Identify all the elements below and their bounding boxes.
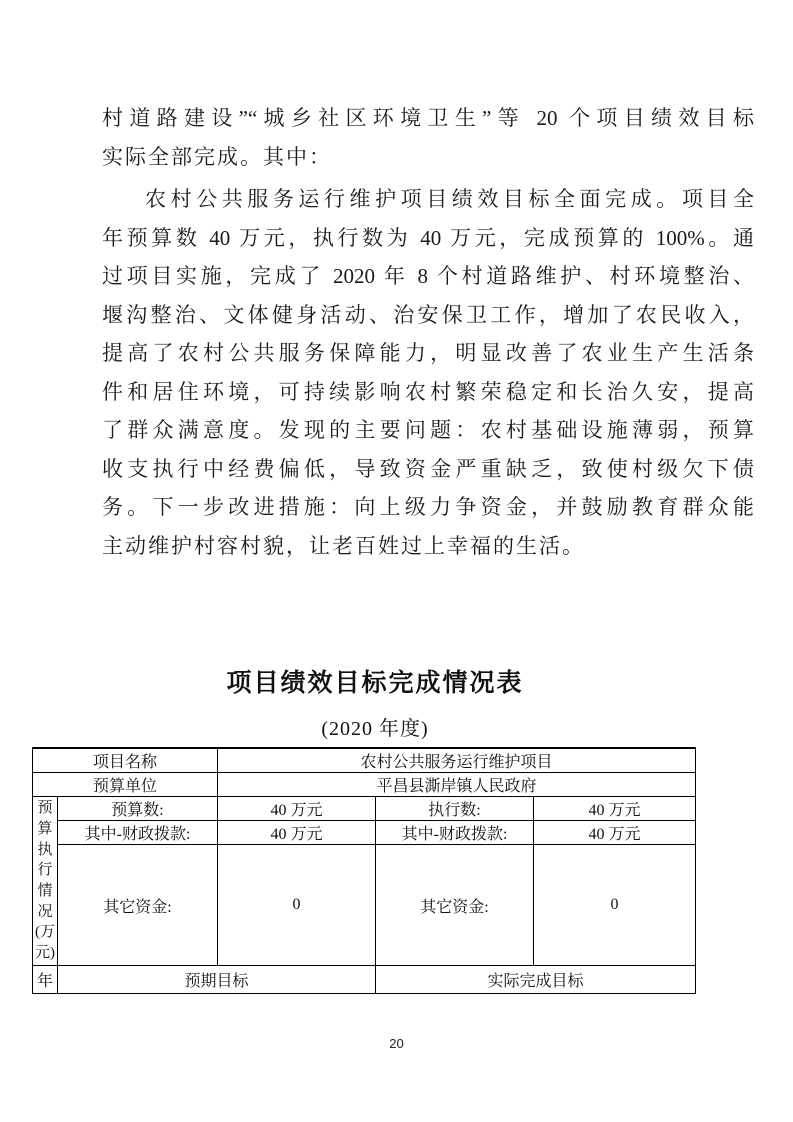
cell-project-name-label: 项目名称 xyxy=(33,748,218,773)
cell-other-funds-label-left: 其它资金: xyxy=(58,845,218,966)
cell-execution-amount-value: 40 万元 xyxy=(534,797,696,821)
body-text: 村道路建设”“城乡社区环境卫生”等 20 个项目绩效目标 实际全部完成。其中： … xyxy=(102,99,754,565)
body-line: 过项目实施，完成了 2020 年 8 个村道路维护、村环境整治、 xyxy=(102,257,754,296)
body-line: 收支执行中经费偏低，导致资金严重缺乏，致使村级欠下债 xyxy=(102,450,754,489)
cell-vertical-header-budget-execution: 预 算 执 行 情 况 (万 元) xyxy=(33,797,58,966)
cell-fiscal-appropriation-label-right: 其中-财政拨款: xyxy=(376,821,534,845)
cell-budget-amount-label: 预算数: xyxy=(58,797,218,821)
vertical-header-line: 情 xyxy=(33,881,57,902)
body-line: 实际全部完成。其中： xyxy=(102,138,754,177)
cell-fiscal-appropriation-label-left: 其中-财政拨款: xyxy=(58,821,218,845)
vertical-header-line: 预 xyxy=(33,798,57,819)
vertical-header-line: 执 xyxy=(33,840,57,861)
body-line: 堰沟整治、文体健身活动、治安保卫工作，增加了农民收入， xyxy=(102,296,754,335)
table-subtitle: (2020 年度) xyxy=(0,712,750,741)
page-number: 20 xyxy=(0,1036,793,1051)
vertical-header-line: 算 xyxy=(33,819,57,840)
table-row: 其中-财政拨款: 40 万元 其中-财政拨款: 40 万元 xyxy=(33,821,696,845)
cell-fiscal-appropriation-value-right: 40 万元 xyxy=(534,821,696,845)
body-line: 务。下一步改进措施：向上级力争资金，并鼓励教育群众能 xyxy=(102,488,754,527)
cell-execution-amount-label: 执行数: xyxy=(376,797,534,821)
body-line: 年预算数 40 万元，执行数为 40 万元，完成预算的 100%。通 xyxy=(102,219,754,258)
vertical-header-line: 况 xyxy=(33,902,57,923)
table-row: 年 预期目标 实际完成目标 xyxy=(33,966,696,994)
body-line: 件和居住环境，可持续影响农村繁荣稳定和长治久安，提高 xyxy=(102,373,754,412)
vertical-header-line: 行 xyxy=(33,860,57,881)
cell-project-name-value: 农村公共服务运行维护项目 xyxy=(218,748,696,773)
body-line: 主动维护村容村貌，让老百姓过上幸福的生活。 xyxy=(102,527,754,566)
body-line: 了群众满意度。发现的主要问题：农村基础设施薄弱，预算 xyxy=(102,411,754,450)
performance-table: 项目名称 农村公共服务运行维护项目 预算单位 平昌县澌岸镇人民政府 预 算 执 … xyxy=(32,747,696,994)
table-title: 项目绩效目标完成情况表 xyxy=(0,663,750,699)
cell-actual-goal-header: 实际完成目标 xyxy=(376,966,696,994)
paragraph-2: 农村公共服务运行维护项目绩效目标全面完成。项目全 年预算数 40 万元，执行数为… xyxy=(102,180,754,565)
body-line: 农村公共服务运行维护项目绩效目标全面完成。项目全 xyxy=(102,180,754,219)
table-row: 预 算 执 行 情 况 (万 元) 预算数: 40 万元 执行数: 40 万元 xyxy=(33,797,696,821)
paragraph-1: 村道路建设”“城乡社区环境卫生”等 20 个项目绩效目标 实际全部完成。其中： xyxy=(102,99,754,176)
vertical-header-line: (万 xyxy=(33,922,57,943)
document-page: 村道路建设”“城乡社区环境卫生”等 20 个项目绩效目标 实际全部完成。其中： … xyxy=(0,0,793,1122)
cell-budget-amount-value: 40 万元 xyxy=(218,797,376,821)
vertical-header-line: 元) xyxy=(33,943,57,964)
cell-year-label: 年 xyxy=(33,966,58,994)
cell-other-funds-value-left: 0 xyxy=(218,845,376,966)
cell-budget-unit-value: 平昌县澌岸镇人民政府 xyxy=(218,773,696,797)
cell-expected-goal-header: 预期目标 xyxy=(58,966,376,994)
cell-other-funds-label-right: 其它资金: xyxy=(376,845,534,966)
table-row: 预算单位 平昌县澌岸镇人民政府 xyxy=(33,773,696,797)
cell-other-funds-value-right: 0 xyxy=(534,845,696,966)
table-row: 项目名称 农村公共服务运行维护项目 xyxy=(33,748,696,773)
body-line: 村道路建设”“城乡社区环境卫生”等 20 个项目绩效目标 xyxy=(102,99,754,138)
table-row: 其它资金: 0 其它资金: 0 xyxy=(33,845,696,966)
cell-budget-unit-label: 预算单位 xyxy=(33,773,218,797)
cell-fiscal-appropriation-value-left: 40 万元 xyxy=(218,821,376,845)
body-line: 提高了农村公共服务保障能力，明显改善了农业生产生活条 xyxy=(102,334,754,373)
